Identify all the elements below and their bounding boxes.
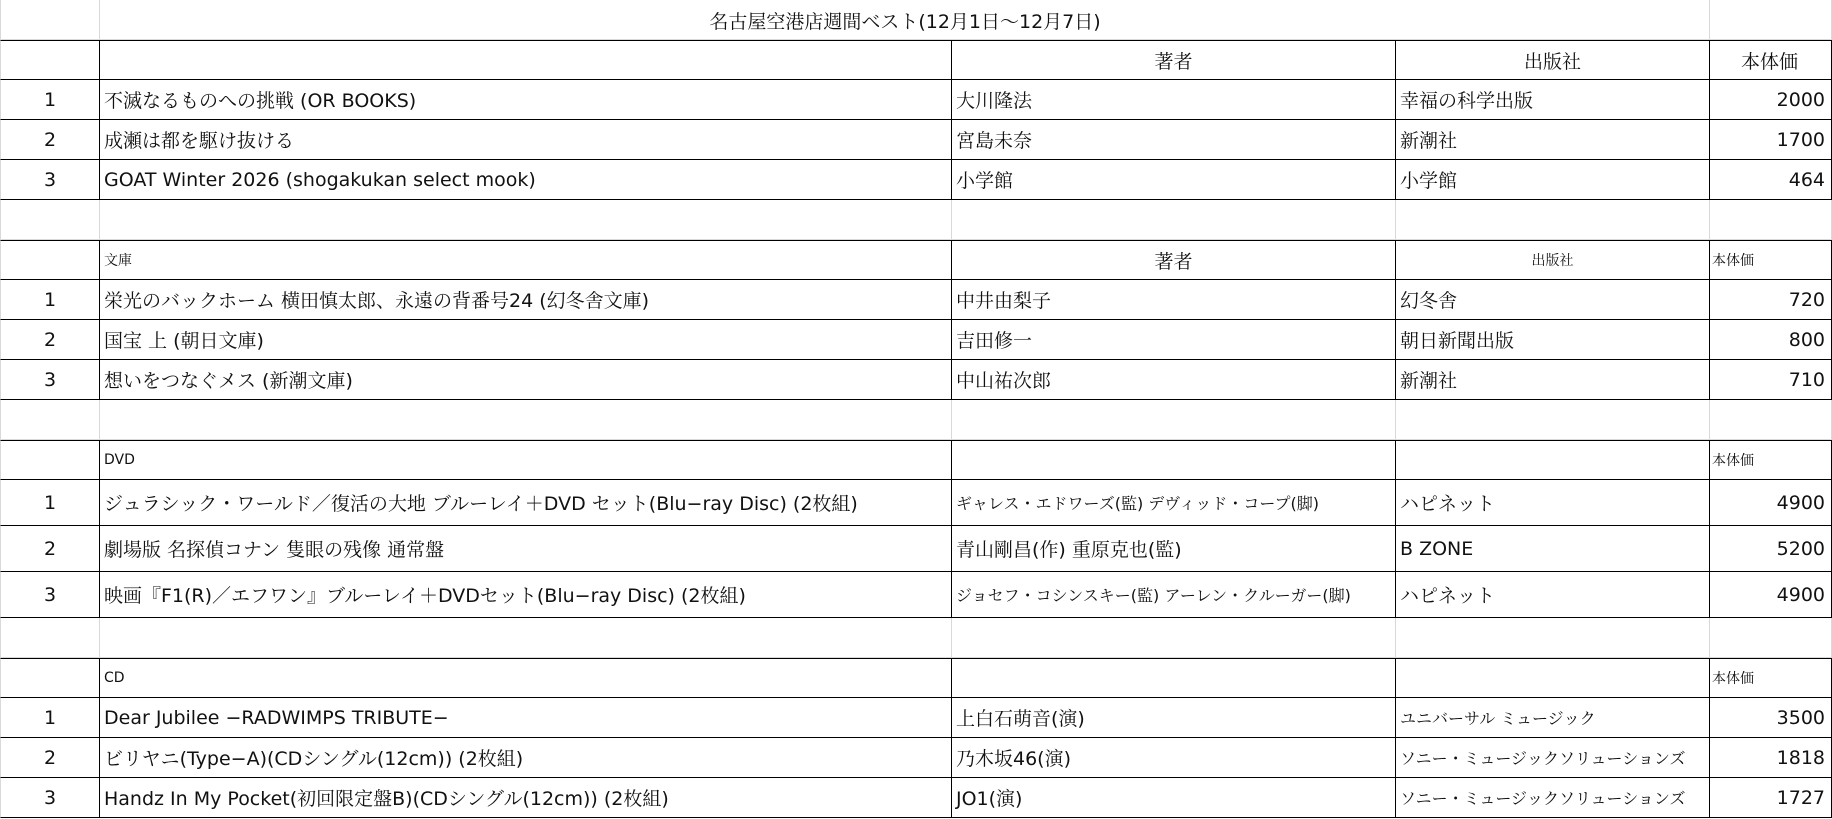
cell[interactable] (952, 400, 1396, 440)
publisher-cell[interactable]: B ZONE (1396, 526, 1710, 572)
section-header-row: CD 本体価 (0, 658, 1832, 698)
table-row: 1 Dear Jubilee −RADWIMPS TRIBUTE− 上白石萌音(… (0, 698, 1832, 738)
rank-cell[interactable]: 1 (0, 80, 100, 120)
author-header[interactable] (952, 440, 1396, 480)
publisher-cell[interactable]: 幻冬舎 (1396, 280, 1710, 320)
title-cell[interactable]: Handz In My Pocket(初回限定盤B)(CDシングル(12cm))… (100, 778, 952, 818)
price-cell[interactable]: 4900 (1710, 572, 1832, 618)
cell[interactable] (1710, 400, 1832, 440)
cell[interactable] (1710, 200, 1832, 240)
author-cell[interactable]: 大川隆法 (952, 80, 1396, 120)
price-cell[interactable]: 1818 (1710, 738, 1832, 778)
title-cell[interactable]: 想いをつなぐメス (新潮文庫) (100, 360, 952, 400)
cell[interactable] (1396, 618, 1710, 658)
author-cell[interactable]: 中井由梨子 (952, 280, 1396, 320)
category-label[interactable]: DVD (100, 440, 952, 480)
price-cell[interactable]: 710 (1710, 360, 1832, 400)
cell[interactable] (0, 240, 100, 280)
author-cell[interactable]: ギャレス・エドワーズ(監) デヴィッド・コープ(脚) (952, 480, 1396, 526)
publisher-header[interactable]: 出版社 (1396, 40, 1710, 80)
publisher-cell[interactable]: ハピネット (1396, 480, 1710, 526)
author-cell[interactable]: 宮島未奈 (952, 120, 1396, 160)
author-cell[interactable]: 上白石萌音(演) (952, 698, 1396, 738)
table-row: 3 GOAT Winter 2026 (shogakukan select mo… (0, 160, 1832, 200)
publisher-header[interactable] (1396, 658, 1710, 698)
table-row: 2 劇場版 名探偵コナン 隻眼の残像 通常盤 青山剛昌(作) 重原克也(監) B… (0, 526, 1832, 572)
price-cell[interactable]: 1700 (1710, 120, 1832, 160)
cell[interactable] (1396, 400, 1710, 440)
rank-cell[interactable]: 3 (0, 360, 100, 400)
publisher-cell[interactable]: ユニバーサル ミュージック (1396, 698, 1710, 738)
price-cell[interactable]: 720 (1710, 280, 1832, 320)
cell[interactable] (952, 618, 1396, 658)
publisher-cell[interactable]: ハピネット (1396, 572, 1710, 618)
publisher-cell[interactable]: 朝日新聞出版 (1396, 320, 1710, 360)
price-cell[interactable]: 1727 (1710, 778, 1832, 818)
cell[interactable] (0, 658, 100, 698)
cell[interactable] (0, 0, 100, 40)
cell[interactable] (0, 400, 100, 440)
table-row: 1 不滅なるものへの挑戦 (OR BOOKS) 大川隆法 幸福の科学出版 200… (0, 80, 1832, 120)
rank-cell[interactable]: 1 (0, 698, 100, 738)
rank-cell[interactable]: 1 (0, 280, 100, 320)
rank-cell[interactable]: 1 (0, 480, 100, 526)
blank-row (0, 618, 1832, 658)
author-cell[interactable]: ジョセフ・コシンスキー(監) アーレン・クルーガー(脚) (952, 572, 1396, 618)
title-cell[interactable]: ジュラシック・ワールド／復活の大地 ブルーレイ＋DVD セット(Blu−ray … (100, 480, 952, 526)
title-cell[interactable]: 劇場版 名探偵コナン 隻眼の残像 通常盤 (100, 526, 952, 572)
price-cell[interactable]: 2000 (1710, 80, 1832, 120)
price-header[interactable]: 本体価 (1710, 40, 1832, 80)
price-header[interactable]: 本体価 (1710, 240, 1832, 280)
author-header[interactable] (952, 658, 1396, 698)
author-cell[interactable]: 青山剛昌(作) 重原克也(監) (952, 526, 1396, 572)
title-cell[interactable]: 栄光のバックホーム 横田慎太郎、永遠の背番号24 (幻冬舎文庫) (100, 280, 952, 320)
price-cell[interactable]: 4900 (1710, 480, 1832, 526)
price-cell[interactable]: 5200 (1710, 526, 1832, 572)
author-header[interactable]: 著者 (952, 40, 1396, 80)
category-label[interactable]: CD (100, 658, 952, 698)
rank-cell[interactable]: 2 (0, 120, 100, 160)
category-label[interactable]: 文庫 (100, 240, 952, 280)
blank-row (0, 200, 1832, 240)
author-header[interactable]: 著者 (952, 240, 1396, 280)
rank-cell[interactable]: 2 (0, 738, 100, 778)
table-row: 1 栄光のバックホーム 横田慎太郎、永遠の背番号24 (幻冬舎文庫) 中井由梨子… (0, 280, 1832, 320)
cell[interactable] (0, 200, 100, 240)
author-cell[interactable]: 小学館 (952, 160, 1396, 200)
table-row: 2 ビリヤニ(Type−A)(CDシングル(12cm)) (2枚組) 乃木坂46… (0, 738, 1832, 778)
cell[interactable] (100, 200, 952, 240)
title-cell[interactable]: 成瀬は都を駆け抜ける (100, 120, 952, 160)
page-title: 名古屋空港店週間ベスト(12月1日〜12月7日) (100, 0, 1710, 40)
spreadsheet: 名古屋空港店週間ベスト(12月1日〜12月7日) 著者 出版社 本体価 1 不滅… (0, 0, 1832, 819)
cell[interactable] (1396, 200, 1710, 240)
title-cell[interactable]: 映画『F1(R)／エフワン』ブルーレイ＋DVDセット(Blu−ray Disc)… (100, 572, 952, 618)
author-cell[interactable]: 中山祐次郎 (952, 360, 1396, 400)
author-cell[interactable]: 乃木坂46(演) (952, 738, 1396, 778)
publisher-cell[interactable]: 幸福の科学出版 (1396, 80, 1710, 120)
publisher-cell[interactable]: 新潮社 (1396, 360, 1710, 400)
blank-row (0, 400, 1832, 440)
publisher-cell[interactable]: 新潮社 (1396, 120, 1710, 160)
price-header[interactable]: 本体価 (1710, 440, 1832, 480)
rank-cell[interactable]: 3 (0, 572, 100, 618)
price-cell[interactable]: 3500 (1710, 698, 1832, 738)
author-cell[interactable]: 吉田修一 (952, 320, 1396, 360)
publisher-cell[interactable]: 小学館 (1396, 160, 1710, 200)
cell[interactable] (100, 618, 952, 658)
publisher-header[interactable] (1396, 440, 1710, 480)
title-cell[interactable]: 不滅なるものへの挑戦 (OR BOOKS) (100, 80, 952, 120)
category-label[interactable] (100, 40, 952, 80)
table-row: 2 成瀬は都を駆け抜ける 宮島未奈 新潮社 1700 (0, 120, 1832, 160)
cell[interactable] (0, 440, 100, 480)
author-cell[interactable]: JO1(演) (952, 778, 1396, 818)
cell[interactable] (0, 40, 100, 80)
cell[interactable] (952, 200, 1396, 240)
price-cell[interactable]: 464 (1710, 160, 1832, 200)
price-header[interactable]: 本体価 (1710, 658, 1832, 698)
rank-cell[interactable]: 3 (0, 778, 100, 818)
title-cell[interactable]: ビリヤニ(Type−A)(CDシングル(12cm)) (2枚組) (100, 738, 952, 778)
title-cell[interactable]: 国宝 上 (朝日文庫) (100, 320, 952, 360)
table-row: 2 国宝 上 (朝日文庫) 吉田修一 朝日新聞出版 800 (0, 320, 1832, 360)
section-header-row: DVD 本体価 (0, 440, 1832, 480)
publisher-cell[interactable]: ソニー・ミュージックソリューションズ (1396, 778, 1710, 818)
title-cell[interactable]: Dear Jubilee −RADWIMPS TRIBUTE− (100, 698, 952, 738)
cell[interactable] (1710, 0, 1832, 40)
table-row: 3 映画『F1(R)／エフワン』ブルーレイ＋DVDセット(Blu−ray Dis… (0, 572, 1832, 618)
price-cell[interactable]: 800 (1710, 320, 1832, 360)
table-row: 1 ジュラシック・ワールド／復活の大地 ブルーレイ＋DVD セット(Blu−ra… (0, 480, 1832, 526)
section-header-row: 著者 出版社 本体価 (0, 40, 1832, 80)
publisher-cell[interactable]: ソニー・ミュージックソリューションズ (1396, 738, 1710, 778)
rank-cell[interactable]: 2 (0, 320, 100, 360)
title-cell[interactable]: GOAT Winter 2026 (shogakukan select mook… (100, 160, 952, 200)
section-header-row: 文庫 著者 出版社 本体価 (0, 240, 1832, 280)
cell[interactable] (1710, 618, 1832, 658)
table-row: 3 想いをつなぐメス (新潮文庫) 中山祐次郎 新潮社 710 (0, 360, 1832, 400)
cell[interactable] (0, 618, 100, 658)
cell[interactable] (100, 400, 952, 440)
rank-cell[interactable]: 3 (0, 160, 100, 200)
publisher-header[interactable]: 出版社 (1396, 240, 1710, 280)
rank-cell[interactable]: 2 (0, 526, 100, 572)
table-row: 3 Handz In My Pocket(初回限定盤B)(CDシングル(12cm… (0, 778, 1832, 818)
